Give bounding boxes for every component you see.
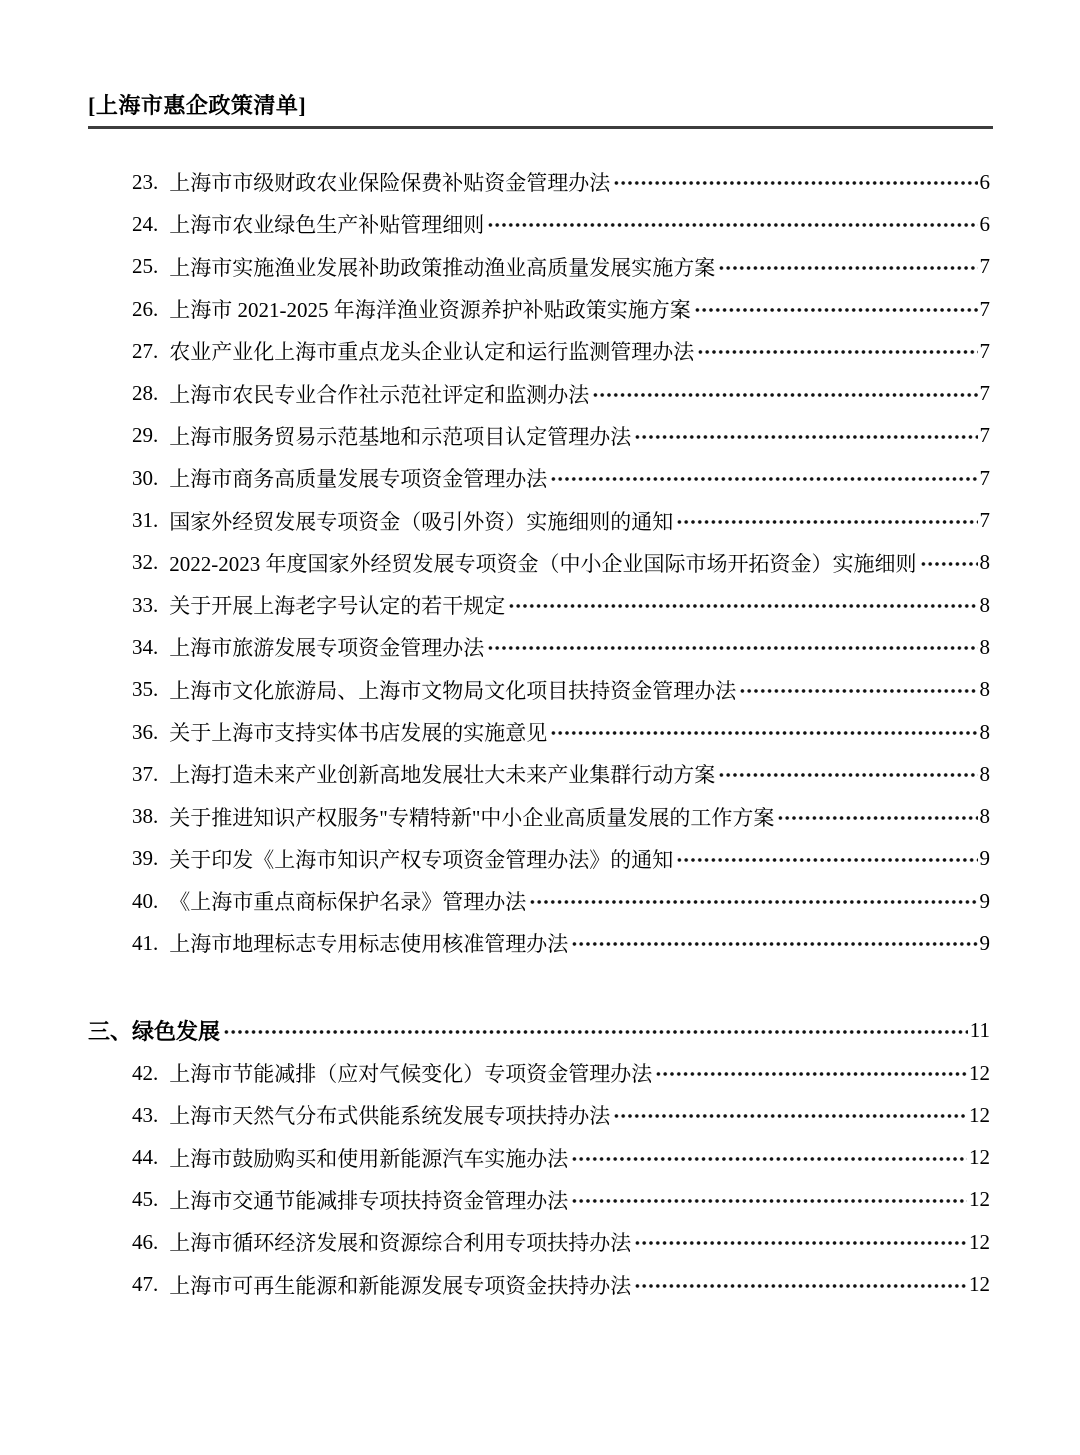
toc-entry-title: 上海市农民专业合作社示范社评定和监测办法 [169,379,589,409]
toc-entry[interactable]: 45. 上海市交通节能减排专项扶持资金管理办法 12 [88,1179,990,1221]
toc-entry-page: 8 [980,804,991,829]
toc-entry[interactable]: 29. 上海市服务贸易示范基地和示范项目认定管理办法 7 [88,415,990,457]
dot-leader [718,263,977,273]
toc-entry[interactable]: 44. 上海市鼓励购买和使用新能源汽车实施办法 12 [88,1137,990,1179]
document-header: [上海市惠企政策清单] [88,93,993,129]
toc-entry-number: 42. [132,1061,158,1086]
toc-entry-number: 33. [132,593,158,618]
toc-entry[interactable]: 30. 上海市商务高质量发展专项资金管理办法 7 [88,457,990,499]
dot-leader [676,855,977,865]
dot-leader [571,1196,967,1206]
toc-entry-number: 35. [132,677,158,702]
toc-entry-number: 27. [132,339,158,364]
toc-entry-number: 46. [132,1230,158,1255]
document-header-title: [上海市惠企政策清单] [88,93,993,119]
toc-entry[interactable]: 37. 上海打造未来产业创新高地发展壮大未来产业集群行动方案 8 [88,753,990,795]
toc-entry-page: 8 [980,762,991,787]
dot-leader [592,390,977,400]
toc-entry[interactable]: 28. 上海市农民专业合作社示范社评定和监测办法 7 [88,372,990,414]
toc-entry-page: 8 [980,635,991,660]
dot-leader [613,178,977,188]
toc-entry-title: 《上海市重点商标保护名录》管理办法 [169,886,526,916]
toc-entry-page: 12 [969,1272,990,1297]
toc-entry-number: 34. [132,635,158,660]
toc-entry[interactable]: 43. 上海市天然气分布式供能系统发展专项扶持办法 12 [88,1094,990,1136]
dot-leader [487,220,977,230]
toc-entry-page: 8 [980,550,991,575]
dot-leader [550,474,977,484]
dot-leader [694,305,978,315]
toc-entry-page: 12 [969,1145,990,1170]
dot-leader [676,517,977,527]
table-of-contents: 23. 上海市市级财政农业保险保费补贴资金管理办法 6 24. 上海市农业绿色生… [88,161,990,1306]
toc-entry[interactable]: 34. 上海市旅游发展专项资金管理办法 8 [88,626,990,668]
toc-entry[interactable]: 33. 关于开展上海老字号认定的若干规定 8 [88,584,990,626]
toc-entry-number: 26. [132,297,158,322]
toc-section-label: 三、绿色发展 [88,1015,220,1046]
toc-entry[interactable]: 27. 农业产业化上海市重点龙头企业认定和运行监测管理办法 7 [88,330,990,372]
document-page: [上海市惠企政策清单] 23. 上海市市级财政农业保险保费补贴资金管理办法 6 … [0,0,1080,1455]
dot-leader [920,559,978,569]
dot-leader [634,432,977,442]
toc-entry-page: 9 [980,931,991,956]
toc-entry-page: 8 [980,677,991,702]
toc-entry-number: 39. [132,846,158,871]
toc-entry-page: 12 [969,1061,990,1086]
toc-entry-title: 上海市实施渔业发展补助政策推动渔业高质量发展实施方案 [169,252,715,282]
toc-entry-page: 12 [969,1187,990,1212]
header-divider [88,126,993,129]
toc-entry[interactable]: 23. 上海市市级财政农业保险保费补贴资金管理办法 6 [88,161,990,203]
toc-entry-number: 41. [132,931,158,956]
toc-entry-number: 25. [132,254,158,279]
toc-entry-title: 国家外经贸发展专项资金（吸引外资）实施细则的通知 [169,506,673,536]
dot-leader [634,1238,967,1248]
toc-entry-page: 9 [980,889,991,914]
toc-entry-title: 上海市交通节能减排专项扶持资金管理办法 [169,1185,568,1215]
dot-leader [571,1154,967,1164]
toc-entry-number: 32. [132,550,158,575]
toc-entry-page: 8 [980,720,991,745]
toc-entry[interactable]: 35. 上海市文化旅游局、上海市文物局文化项目扶持资金管理办法 8 [88,669,990,711]
toc-entry-page: 7 [980,339,991,364]
toc-entry-title: 上海市服务贸易示范基地和示范项目认定管理办法 [169,421,631,451]
toc-entry-title: 农业产业化上海市重点龙头企业认定和运行监测管理办法 [169,336,694,366]
dot-leader [697,347,977,357]
toc-entry-title: 上海市市级财政农业保险保费补贴资金管理办法 [169,167,610,197]
toc-entry-title: 上海市循环经济发展和资源综合利用专项扶持办法 [169,1227,631,1257]
toc-entry-page: 7 [980,297,991,322]
toc-entry-number: 37. [132,762,158,787]
toc-entry-title: 上海市农业绿色生产补贴管理细则 [169,209,484,239]
toc-entry-number: 31. [132,508,158,533]
toc-entry-number: 45. [132,1187,158,1212]
toc-entry[interactable]: 39. 关于印发《上海市知识产权专项资金管理办法》的通知 9 [88,838,990,880]
toc-entry-title: 2022-2023 年度国家外经贸发展专项资金（中小企业国际市场开拓资金）实施细… [169,548,916,578]
toc-entry-title: 上海市节能减排（应对气候变化）专项资金管理办法 [169,1058,652,1088]
toc-entry-title: 上海市鼓励购买和使用新能源汽车实施办法 [169,1143,568,1173]
toc-entry-page: 12 [969,1230,990,1255]
toc-entry-number: 30. [132,466,158,491]
toc-entry[interactable]: 36. 关于上海市支持实体书店发展的实施意见 8 [88,711,990,753]
toc-entry-number: 43. [132,1103,158,1128]
toc-entry-page: 7 [980,381,991,406]
dot-leader [571,939,977,949]
toc-entry-number: 28. [132,381,158,406]
dot-leader [718,770,977,780]
toc-entry-number: 40. [132,889,158,914]
toc-entry-page: 7 [980,466,991,491]
toc-entry-number: 38. [132,804,158,829]
dot-leader [634,1281,967,1291]
dot-leader [613,1111,967,1121]
toc-entry-page: 8 [980,593,991,618]
toc-entry[interactable]: 24. 上海市农业绿色生产补贴管理细则 6 [88,203,990,245]
toc-entry-page: 6 [980,212,991,237]
dot-leader [487,643,977,653]
toc-entry-number: 29. [132,423,158,448]
toc-entry-title: 关于推进知识产权服务"专精特新"中小企业高质量发展的工作方案 [169,802,774,832]
toc-entry[interactable]: 38. 关于推进知识产权服务"专精特新"中小企业高质量发展的工作方案 8 [88,795,990,837]
toc-entry[interactable]: 41. 上海市地理标志专用标志使用核准管理办法 9 [88,922,990,964]
dot-leader [223,1027,968,1037]
toc-entry[interactable]: 47. 上海市可再生能源和新能源发展专项资金扶持办法 12 [88,1263,990,1305]
toc-entry-number: 24. [132,212,158,237]
toc-entry-page: 7 [980,423,991,448]
toc-entry-number: 36. [132,720,158,745]
toc-entry-page: 9 [980,846,991,871]
toc-entry-title: 上海市旅游发展专项资金管理办法 [169,632,484,662]
dot-leader [550,728,977,738]
toc-entry-title: 上海市天然气分布式供能系统发展专项扶持办法 [169,1100,610,1130]
toc-entry-title: 关于上海市支持实体书店发展的实施意见 [169,717,547,747]
toc-entry-number: 23. [132,170,158,195]
dot-leader [655,1069,967,1079]
toc-entry-page: 6 [980,170,991,195]
toc-entry-title: 上海市文化旅游局、上海市文物局文化项目扶持资金管理办法 [169,675,736,705]
toc-entry[interactable]: 46. 上海市循环经济发展和资源综合利用专项扶持办法 12 [88,1221,990,1263]
dot-leader [529,897,977,907]
toc-entry-title: 上海市地理标志专用标志使用核准管理办法 [169,928,568,958]
toc-entry[interactable]: 32. 2022-2023 年度国家外经贸发展专项资金（中小企业国际市场开拓资金… [88,542,990,584]
toc-entry-title: 上海打造未来产业创新高地发展壮大未来产业集群行动方案 [169,759,715,789]
dot-leader [777,813,977,823]
toc-entry[interactable]: 40. 《上海市重点商标保护名录》管理办法 9 [88,880,990,922]
dot-leader [508,601,977,611]
toc-entry-number: 47. [132,1272,158,1297]
toc-section-heading[interactable]: 三、绿色发展 11 [88,1010,990,1052]
dot-leader [739,686,977,696]
toc-entry-title: 关于印发《上海市知识产权专项资金管理办法》的通知 [169,844,673,874]
toc-entry-page: 7 [980,254,991,279]
toc-section-page: 11 [970,1018,990,1043]
toc-entry-title: 上海市 2021-2025 年海洋渔业资源养护补贴政策实施方案 [169,294,691,324]
toc-entry-title: 上海市商务高质量发展专项资金管理办法 [169,463,547,493]
toc-entry[interactable]: 42. 上海市节能减排（应对气候变化）专项资金管理办法 12 [88,1052,990,1094]
toc-entry-title: 上海市可再生能源和新能源发展专项资金扶持办法 [169,1270,631,1300]
toc-entry[interactable]: 26. 上海市 2021-2025 年海洋渔业资源养护补贴政策实施方案 7 [88,288,990,330]
toc-entry-title: 关于开展上海老字号认定的若干规定 [169,590,505,620]
toc-entry[interactable]: 31. 国家外经贸发展专项资金（吸引外资）实施细则的通知 7 [88,499,990,541]
toc-entry-page: 12 [969,1103,990,1128]
toc-entry-number: 44. [132,1145,158,1170]
toc-entry[interactable]: 25. 上海市实施渔业发展补助政策推动渔业高质量发展实施方案 7 [88,246,990,288]
toc-entry-page: 7 [980,508,991,533]
